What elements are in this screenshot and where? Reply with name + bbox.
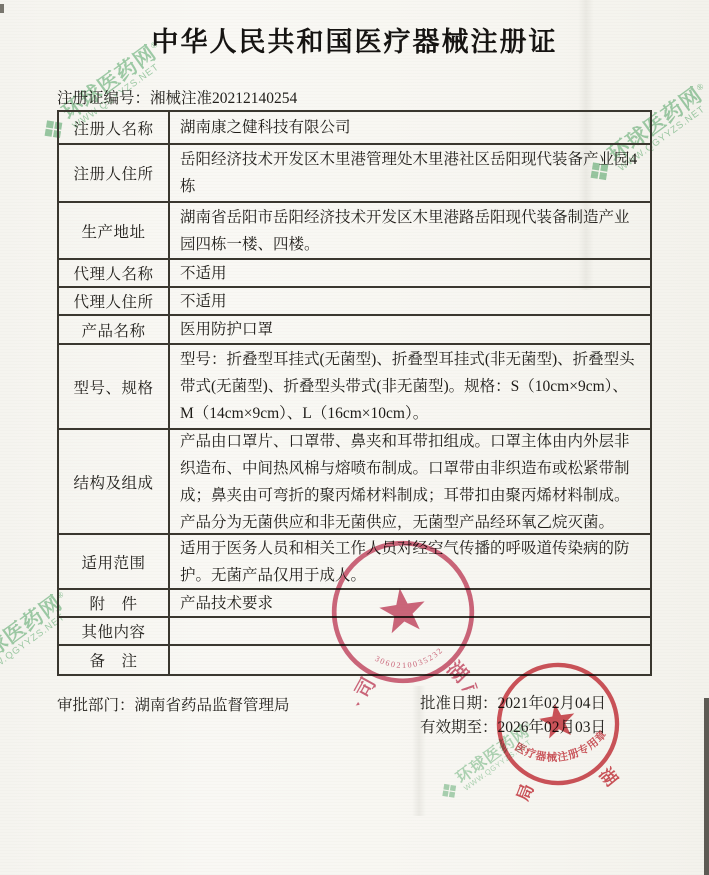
row-label: 生产地址 (59, 203, 170, 258)
registration-number-value: 湘械注准20212140254 (150, 90, 297, 107)
row-label: 注册人住所 (59, 145, 170, 201)
row-value (170, 646, 650, 674)
row-label: 备 注 (59, 646, 170, 674)
approval-department-value: 湖南省药品监督管理局 (135, 697, 290, 714)
row-value (170, 618, 650, 644)
approval-date-line: 批准日期：2021年02月04日 (420, 692, 606, 716)
certificate-page: ❖ 环球医药网® WWW.QGYYZS.NET ❖ 环球医药网® WWW.QGY… (0, 0, 709, 875)
table-row-product-name: 产品名称 医用防护口罩 (59, 314, 650, 343)
approval-department-line: 审批部门：湖南省药品监督管理局 (57, 693, 290, 715)
table-row-model-spec: 型号、规格 型号：折叠型耳挂式(无菌型)、折叠型耳挂式(非无菌型)、折叠型头带式… (59, 343, 650, 428)
table-row-registrant-address: 注册人住所 岳阳经济技术开发区木里港管理处木里港社区岳阳现代装备产业园4栋 (59, 143, 650, 201)
row-value: 产品技术要求 (170, 590, 650, 616)
row-label: 附 件 (59, 590, 170, 616)
table-row-structure-composition: 结构及组成 产品由口罩片、口罩带、鼻夹和耳带扣组成。口罩主体由内外层非织造布、中… (59, 428, 650, 533)
expiry-date-line: 有效期至：2026年02月03日 (420, 716, 606, 740)
row-value: 适用于医务人员和相关工作人员对经空气传播的呼吸道传染病的防护。无菌产品仅用于成人… (170, 535, 650, 588)
row-label: 代理人名称 (59, 260, 170, 286)
row-label: 代理人住所 (59, 288, 170, 314)
row-value: 不适用 (170, 288, 650, 314)
certificate-table: 注册人名称 湖南康之健科技有限公司 注册人住所 岳阳经济技术开发区木里港管理处木… (57, 110, 652, 676)
table-row-agent-address: 代理人住所 不适用 (59, 286, 650, 314)
expiry-date-value: 2026年02月03日 (498, 719, 607, 736)
table-row-remarks: 备 注 (59, 644, 650, 674)
scan-edge-artifact (704, 698, 709, 875)
row-label: 适用范围 (59, 535, 170, 588)
row-label: 产品名称 (59, 316, 170, 343)
registration-number-line: 注册证编号：湘械注准20212140254 (57, 86, 297, 108)
row-label: 其他内容 (59, 618, 170, 644)
table-row-production-address: 生产地址 湖南省岳阳市岳阳经济技术开发区木里港路岳阳现代装备制造产业园四栋一楼、… (59, 201, 650, 258)
approval-date-value: 2021年02月04日 (498, 695, 607, 712)
row-value: 医用防护口罩 (170, 316, 650, 343)
approval-department-label: 审批部门： (57, 697, 135, 714)
table-row-other-content: 其他内容 (59, 616, 650, 644)
page-title: 中华人民共和国医疗器械注册证 (0, 20, 709, 59)
authority-seal-ring-text: 湖南省药品监督管理局 (507, 762, 639, 807)
table-row-attachment: 附 件 产品技术要求 (59, 588, 650, 616)
row-value: 产品由口罩片、口罩带、鼻夹和耳带扣组成。口罩主体由内外层非织造布、中间热风棉与熔… (170, 430, 650, 533)
table-row-registrant-name: 注册人名称 湖南康之健科技有限公司 (59, 112, 650, 143)
date-block: 批准日期：2021年02月04日 有效期至：2026年02月03日 (420, 692, 606, 740)
table-row-intended-use: 适用范围 适用于医务人员和相关工作人员对经空气传播的呼吸道传染病的防护。无菌产品… (59, 533, 650, 588)
row-label: 型号、规格 (59, 345, 170, 428)
scan-edge-artifact (0, 4, 4, 13)
row-value: 型号：折叠型耳挂式(无菌型)、折叠型耳挂式(非无菌型)、折叠型头带式(无菌型)、… (170, 345, 650, 428)
row-label: 结构及组成 (59, 430, 170, 533)
globe-pharma-logo-icon: ❖ (435, 777, 465, 807)
svg-text:湖南省药品监督管理局: 湖南省药品监督管理局 (507, 762, 639, 807)
table-row-agent-name: 代理人名称 不适用 (59, 258, 650, 286)
watermark-url: WWW.QGYYZS.NET (463, 733, 542, 793)
registration-number-label: 注册证编号： (57, 90, 150, 107)
scan-crease (412, 686, 426, 816)
row-label: 注册人名称 (59, 112, 170, 143)
scan-crease (578, 0, 594, 290)
